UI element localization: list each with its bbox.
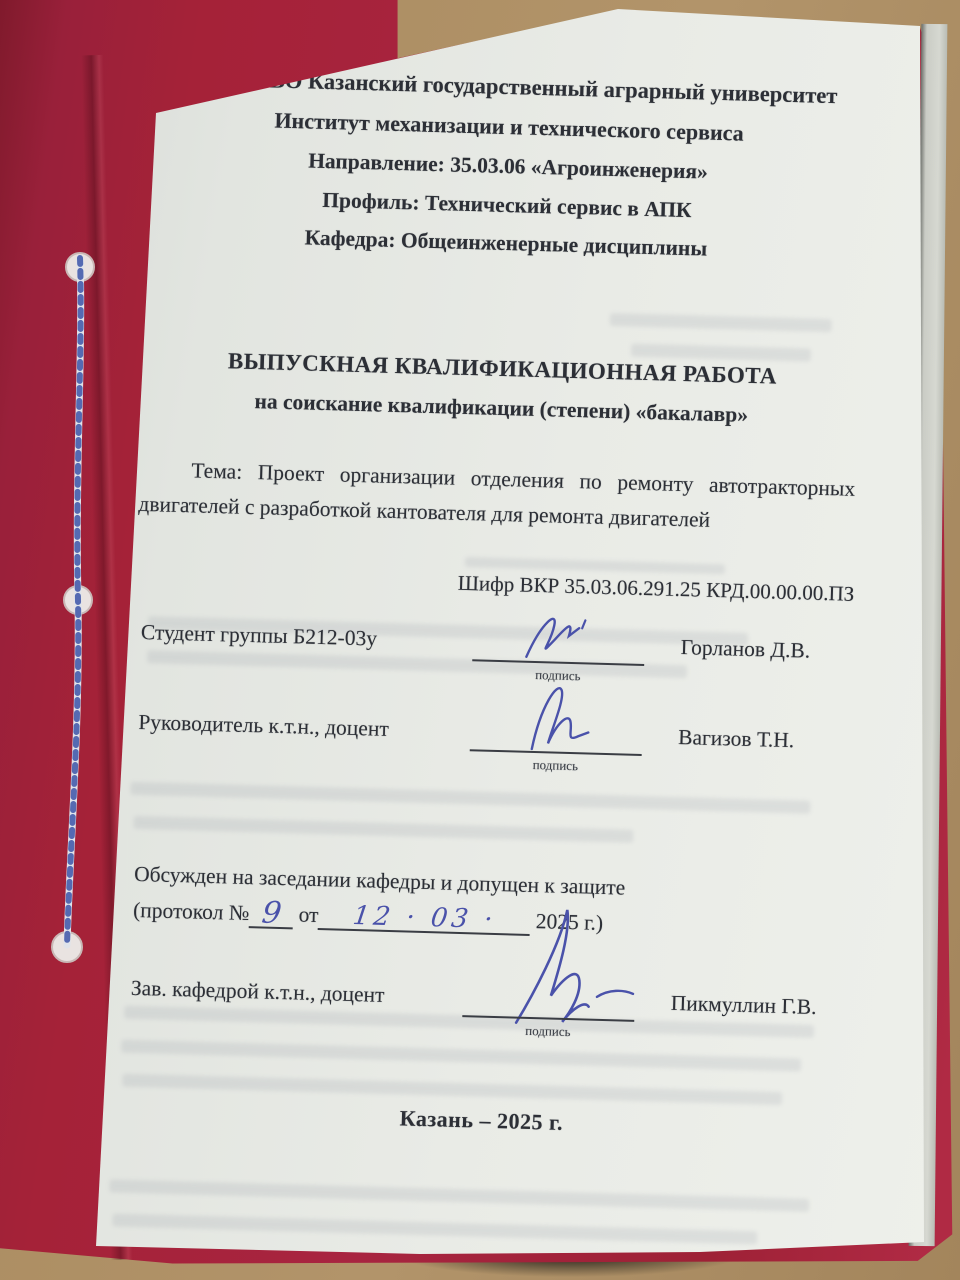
student-signature-block: подпись — [474, 611, 646, 616]
student-signature-ink — [520, 605, 612, 669]
work-subtitle: на соискание квалификации (степени) «бак… — [139, 386, 863, 431]
bleed-through-line — [112, 1213, 757, 1244]
title-page-content: ФГБОУ ВО Казанский государственный аграр… — [116, 20, 874, 1265]
city-year-line: Казань – 2025 г. — [119, 1098, 843, 1144]
bleed-through-line — [610, 313, 832, 332]
signature-caption: подпись — [462, 1021, 634, 1042]
supervisor-signature-row: Руководитель к.т.н., доцент подпись Ваги… — [137, 692, 851, 782]
bleed-through-line — [133, 816, 633, 843]
department-head-role-label: Зав. кафедрой к.т.н., доцент — [131, 976, 385, 1008]
protocol-ot: от — [298, 903, 319, 928]
direction-line: Направление: 35.03.06 «Агроинженерия» — [146, 144, 870, 189]
signature-caption: подпись — [469, 755, 641, 776]
student-signature-row: Студент группы Б212-03у подпись Горланов… — [140, 602, 854, 692]
supervisor-signature-block: подпись — [471, 701, 643, 706]
department-head-signature-block: подпись — [464, 967, 636, 972]
bleed-through-line — [130, 782, 810, 814]
department-head-signature-row: Зав. кафедрой к.т.н., доцент подпись Пик… — [130, 958, 844, 1048]
discussion-line: Обсужден на заседании кафедры и допущен … — [134, 862, 626, 901]
protocol-number-handwritten: 9 — [261, 904, 282, 922]
photo-of-thesis-title-page: ФГБОУ ВО Казанский государственный аграр… — [0, 0, 960, 1280]
institute-name: Институт механизации и технического серв… — [147, 104, 871, 150]
protocol-suffix: 2025 г.) — [535, 909, 603, 935]
protocol-line: (протокол №9 от12 · 03 · 2025 г.) — [133, 898, 604, 938]
bleed-through-line — [631, 344, 811, 362]
protocol-number-blank: 9 — [249, 901, 294, 929]
supervisor-signature-ink — [522, 679, 614, 759]
signature-caption: подпись — [472, 665, 644, 686]
bleed-through-line — [109, 1179, 809, 1212]
thesis-theme: Тема: Проект организации отделения по ре… — [138, 452, 856, 542]
profile-line: Профиль: Технический сервис в АПК — [145, 183, 869, 228]
protocol-date-handwritten: 12 · 03 · — [352, 907, 498, 929]
student-name: Горланов Д.В. — [680, 635, 810, 664]
protocol-date-blank: 12 · 03 · — [318, 903, 531, 936]
supervisor-role-label: Руководитель к.т.н., доцент — [138, 710, 389, 742]
protocol-prefix: (протокол № — [133, 898, 250, 925]
bleed-through-line — [121, 1040, 801, 1072]
department-head-name: Пикмуллин Г.В. — [670, 991, 816, 1020]
supervisor-name: Вагизов Т.Н. — [678, 725, 795, 753]
department-line: Кафедра: Общеинженерные дисциплины — [144, 221, 868, 266]
vkr-cipher: Шифр ВКР 35.03.06.291.25 КРД.00.00.00.ПЗ — [134, 562, 854, 607]
student-role-label: Студент группы Б212-03у — [141, 620, 378, 652]
